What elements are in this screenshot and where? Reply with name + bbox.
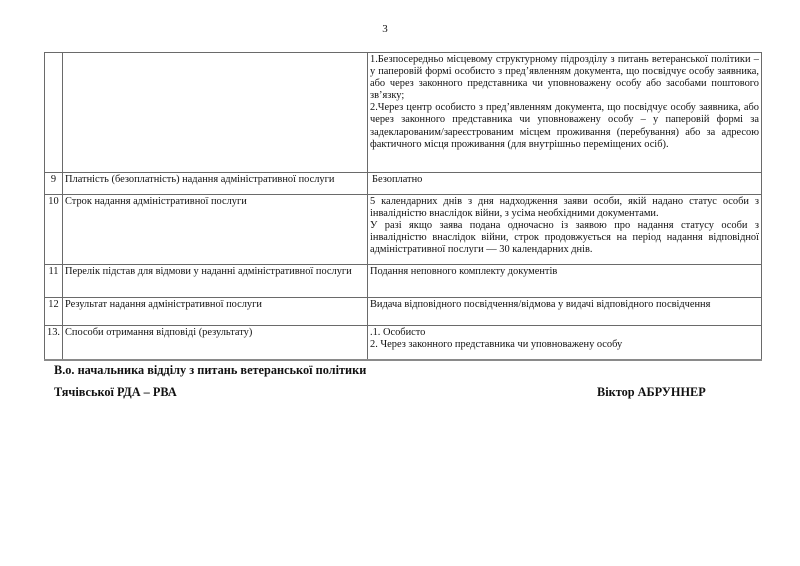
row-value: Подання неповного комплекту документів bbox=[368, 265, 762, 298]
row-label: Перелік підстав для відмови у наданні ад… bbox=[63, 265, 368, 298]
row-number: 10 bbox=[45, 195, 63, 265]
receipt-method-2: 2. Через законного представника чи уповн… bbox=[370, 339, 759, 351]
row-number: 12 bbox=[45, 298, 63, 326]
service-info-table: 1.Безпосередньо місцевому структурному п… bbox=[44, 52, 762, 361]
receipt-method-1: .1. Особисто bbox=[370, 327, 759, 339]
signatory-title: В.о. начальника відділу з питань ветеран… bbox=[54, 363, 366, 378]
row-label: Платність (безоплатність) надання адміні… bbox=[63, 173, 368, 195]
row-label: Строк надання адміністративної послуги bbox=[63, 195, 368, 265]
row-number: 13. bbox=[45, 326, 63, 361]
signatory-name: Віктор АБРУННЕР bbox=[597, 385, 706, 400]
row-label: Способи отримання відповіді (результату) bbox=[63, 326, 368, 361]
table-row: 10 Строк надання адміністративної послуг… bbox=[45, 195, 762, 265]
term-paragraph-2: У разі якщо заява подана одночасно із за… bbox=[370, 220, 759, 256]
row-label: Результат надання адміністративної послу… bbox=[63, 298, 368, 326]
row-value: .1. Особисто 2. Через законного представ… bbox=[368, 326, 762, 361]
table-row: 9 Платність (безоплатність) надання адмі… bbox=[45, 173, 762, 195]
service-result: Видача відповідного посвідчення/відмова … bbox=[370, 299, 759, 311]
row-value: 1.Безпосередньо місцевому структурному п… bbox=[368, 53, 762, 173]
table-row: 13. Способи отримання відповіді (результ… bbox=[45, 326, 762, 361]
row-number: 9 bbox=[45, 173, 63, 195]
row-value: Безоплатно bbox=[368, 173, 762, 195]
submission-method-2: 2.Через центр особисто з пред’явленням д… bbox=[370, 102, 759, 150]
refusal-grounds: Подання неповного комплекту документів bbox=[370, 266, 759, 278]
row-label bbox=[63, 53, 368, 173]
row-number: 11 bbox=[45, 265, 63, 298]
term-paragraph-1: 5 календарних днів з дня надходження зая… bbox=[370, 196, 759, 220]
signatory-organization: Тячівської РДА – РВА bbox=[54, 385, 177, 400]
submission-method-1: 1.Безпосередньо місцевому структурному п… bbox=[370, 54, 759, 102]
row-number bbox=[45, 53, 63, 173]
page-number: 3 bbox=[380, 23, 390, 35]
fee-value: Безоплатно bbox=[372, 174, 759, 186]
table-row: 1.Безпосередньо місцевому структурному п… bbox=[45, 53, 762, 173]
row-value: Видача відповідного посвідчення/відмова … bbox=[368, 298, 762, 326]
table-row: 12 Результат надання адміністративної по… bbox=[45, 298, 762, 326]
table-row: 11 Перелік підстав для відмови у наданні… bbox=[45, 265, 762, 298]
row-value: 5 календарних днів з дня надходження зая… bbox=[368, 195, 762, 265]
